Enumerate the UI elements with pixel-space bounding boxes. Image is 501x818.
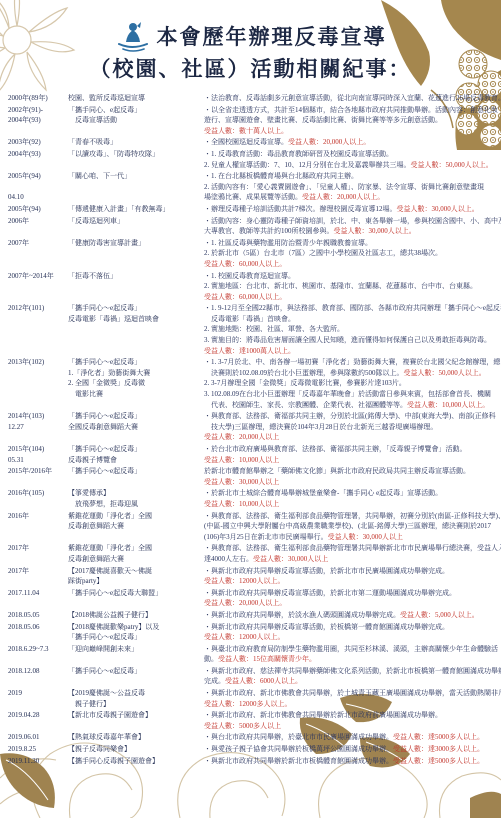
record-description: ・與臺北市政府教育局防制學生藥物濫用圈，共同至杉林溪、溪頭，主辦高關懷少年生命體… [204, 644, 501, 665]
record-date: 2002年(91)-2004年(93) [0, 105, 68, 126]
record-description-line: ・於台北市政府廣場與教育部、法務部、衛福部共同主辦，「反毒親子博覽會」活動。 [204, 444, 497, 455]
record-description-line: 受益人數：數十萬人以上。 [204, 126, 498, 137]
record-description: ・活動內容：身心靈防毒種子師資培訓，於北、中、東各舉辦一場，參與校園含國中、小、… [204, 216, 501, 237]
record-description-line: 3. 102.08.09在台北小巨蛋辦理「反毒嘉年華晚會」於活動當日參與來賓，包… [204, 389, 500, 400]
record-title-line: 反毒電影「毒禍」巡迴首映會 [68, 314, 204, 325]
beneficiary-count-text: 受益人數：10,000人以上 [204, 500, 279, 508]
record-title-line: 「攜手同心～e起反毒」 [68, 466, 204, 477]
record-date: 2019.06.01 [0, 732, 68, 743]
beneficiary-count-text: 受益人數：15位高關懷青少年。 [218, 655, 316, 663]
record-date: 2007年~2014年 [0, 271, 68, 282]
record-title-line: 「迎向巔峰開創未來」 [68, 644, 204, 655]
record-date-line: 2012年(101) [8, 303, 68, 314]
record-row: 2005年(94) 04.10「關心咱、下一代」・1. 在台北縣板橋體育場與台北… [0, 171, 501, 203]
record-title-line: 踩街party】 [68, 576, 204, 587]
record-row: 2003年(92)「青春不吸毒」・全國校園巡迴反毒宣導。受益人數：20,000人… [0, 137, 501, 148]
description-text: 3. 102.08.09在台北小巨蛋辦理「反毒嘉年華晚會」於活動當日參與來賓，包… [204, 390, 491, 398]
record-row: 2019.04.28【新北市反毒親子園遊會】・與新北市政府、新北市佛教會共同舉辦… [0, 710, 501, 731]
description-text: ・與新北市政府、慈法禪寺共同舉辦藥師佛文化系列活動，於新北市板橋第一體育館圓滿成… [204, 667, 501, 675]
record-description-line: ・1. 校園反毒教育巡迴宣導。 [204, 271, 497, 282]
beneficiary-count-text: 受益人數：12000人以上。 [204, 633, 285, 641]
record-row: 2015年(104)05.31「攜手同心～e起反毒」反毒親子博覽會・於台北市政府… [0, 444, 501, 465]
record-date-line: 2019.04.28 [8, 710, 68, 721]
record-date: 2018.05.05 [0, 610, 68, 621]
record-title: 【2018慶佛誕歡樂patry】以及「攜手同心～e起反毒」 [68, 622, 204, 643]
record-description-line: ・1. 3-7月於北、中、南各辦一場初賽「淨化者」勁藝街舞大賽，複賽於台北國父紀… [204, 357, 500, 368]
record-description-line: 完成。受益人數：6000人以上。 [204, 676, 501, 687]
record-title-line: 【攜手同心反毒親子園遊會】 [68, 756, 204, 767]
beneficiary-count-text: 受益人數：達3000多人以上。 [393, 745, 484, 753]
record-title-line: 「攜手同心～e起反毒」 [68, 357, 204, 368]
record-description-line: 受益人數：60,000人以上。 [204, 259, 497, 270]
description-text: ・與教育部、法務部、衛生福利部食品藥物管理署，共同舉辦，初賽分別於(南區-正修科… [204, 512, 501, 520]
record-description-line: ・活動內容：身心靈防毒種子師資培訓，於北、中、東各舉辦一場，參與校園含國中、小、… [204, 216, 501, 227]
record-description-line: ・與臺北市政府教育局防制學生藥物濫用圈，共同至杉林溪、溪頭，主辦高關懷少年生命體… [204, 644, 498, 655]
record-description-line: 2. 兒童人權宣導活動：7、10、12月分別在台北及嘉義舉辦共三場。受益人數：5… [204, 160, 497, 171]
record-date-line: 2015年(104) [8, 444, 68, 455]
record-date-line: 2016年(105) [8, 488, 68, 499]
record-date-line: 2018.05.06 [8, 622, 68, 633]
record-date: 2019 [0, 688, 68, 699]
record-description-line: ・與新北市政府、新北市佛教會共同舉辦，於土城青玉藏王廣場圓滿成功舉辦，當天活動熱… [204, 688, 501, 699]
record-description-line: ・於新北市土城綜合體育場舉辦城堡童樂會-「攜手同心 e起反毒」宣導活動。 [204, 488, 497, 499]
description-text: 於新北市體育館舉辦之「藥師佛文化節」與新北市政府民政局共同主辦反毒宣導活動。 [204, 467, 470, 475]
record-description-line: ・與新北市政府共同舉辦，於淡水漁人碼頭圓滿成功舉辦完成。受益人數：5,000人以… [204, 610, 497, 621]
beneficiary-count-text: 受益人數：20,000人以上。 [302, 193, 384, 201]
record-date-line: 2007年 [8, 238, 68, 249]
record-title-line: 1.「淨化者」勁藝街舞大賽 [68, 368, 204, 379]
record-date-line: 2019.8.25 [8, 744, 68, 755]
record-title-line: 【箏愛傳承】 [68, 488, 204, 499]
beneficiary-count-text: 受益人數：數十萬人以上。 [204, 127, 288, 135]
record-description-line: ・以全省走透透方式，共計至14個縣市，結合各地縣市政府共同推動舉辦。活動內容：創… [204, 105, 498, 116]
record-date-line: 2004年(93) [8, 115, 68, 126]
record-title-line: 「攜手同心～e起反毒」 [68, 632, 204, 643]
record-date: 2007年 [0, 238, 68, 249]
record-description: ・與新北市政府、新北市佛教會共同舉辦，於土城青玉藏王廣場圓滿成功舉辦，當天活動熱… [204, 688, 501, 709]
record-date: 2016年 [0, 511, 68, 522]
description-text: 2. 活動內容有：「愛心義賣園遊會」、「兒童人權」、防家暴、法令宣導、街舞比賽創… [204, 183, 484, 191]
description-text: ・與新北市政府、新北市佛教會共同舉辦於新北市政府前廣場圓滿成功舉辦。 [204, 711, 442, 719]
record-date: 2019.11.30 [0, 756, 68, 767]
record-date-line: 2017年 [8, 543, 68, 554]
meditating-figure-logo-icon [115, 20, 149, 54]
record-date: 2005年(94) 04.10 [0, 171, 68, 203]
record-description-line: 受益人數：20,000人以上 [204, 432, 497, 443]
record-date-line: 05.31 [8, 455, 68, 466]
description-text: ・法治教育、反毒話劇多元創意宣導活動，從北向南宣導同時深入宜蘭、花蓮進行26場反… [204, 94, 501, 102]
record-date: 2005年(94) [0, 204, 68, 215]
record-description: ・1. 社區反毒與藥物濫用防治暨青少年親職教養宣導。2. 於新北市（5區）台北市… [204, 238, 501, 270]
record-title-line: 「攜手同心、e起反毒」 [68, 105, 204, 116]
record-title-line: 電影比賽 [68, 389, 204, 400]
beneficiary-count-text: 受益人數：30,000人以上 [328, 533, 403, 541]
record-title: 「攜手同心～e起反毒」反毒親子博覽會 [68, 444, 204, 465]
record-title-line: 【2018佛誕公益親子健行】 [68, 610, 204, 621]
record-date-line: 2019 [8, 688, 68, 699]
beneficiary-count-text: 受益人數：30,000人以上 [204, 478, 279, 486]
description-text: ・辦理反毒種子培訓活動共計7梯次。辦理校園反毒宣導12場。 [204, 205, 397, 213]
record-description: ・與教育部、法務部、衛生福利部食品藥物管理署共同舉辦新北市市民廣場舉行總決賽，受… [204, 543, 501, 564]
record-date: 2017.11.04 [0, 588, 68, 599]
description-text: 場塗鴉比賽、成果展覽等活動。 [204, 193, 302, 201]
record-row: 2014年(103)12.27「攜手同心～e起反毒」全國反毒創意舞蹈大賽・與教育… [0, 411, 501, 443]
beneficiary-count-text: 受益人數：達1000萬人以上。 [204, 347, 295, 355]
record-title-line: 【親子反毒同樂會】 [68, 744, 204, 755]
description-text: 決賽則於102.08.09於台北小巨蛋辦理，參與隊數約500隊以上。 [204, 369, 404, 377]
description-text: ・與台北市政府共同舉辦，於臺北市市民廣場圓滿成功舉辦。 [204, 733, 393, 741]
record-description-line: ・與教育部、法務部、衛福部共同主辦，分別於北區(銘傳大學)、中部(東海大學)、南… [204, 411, 497, 422]
record-title: 「攜手同心～e起反毒」 [68, 666, 204, 677]
beneficiary-count-text: 受益人數：5,000人以上。 [400, 611, 479, 619]
record-description-line: 受益人數：12000人以上。 [204, 576, 497, 587]
page-title-line1: 本會歷年辦理反毒宣導 [157, 22, 387, 53]
description-text: ・與新北市政府共同舉辦於新北市板橋體育館圓滿成功舉辦。 [204, 757, 393, 765]
description-text: ・與新北市政府共同舉辦反毒宣導活動，於新北市第二運動場圓滿成功舉辦完成。 [204, 589, 456, 597]
record-date: 2012年(101) [0, 303, 68, 314]
record-date-line: 04.10 [8, 192, 68, 203]
record-description: ・與新北市政府共同舉辦反毒宣導活動，於新北市第二運動場圓滿成功舉辦完成。受益人數… [204, 588, 501, 609]
record-description: ・與新北市政府、新北市佛教會共同舉辦於新北市政府前廣場圓滿成功舉辦。受益人數：5… [204, 710, 501, 731]
description-text: ・於新北市土城綜合體育場舉辦城堡童樂會-「攜手同心 e起反毒」宣導活動。 [204, 489, 442, 497]
record-row: 2002年(91)-2004年(93)「攜手同心、e起反毒」 反毒宣導活動・以全… [0, 105, 501, 137]
records-table: 2000年(89年)校園、監所反毒巡迴宣導・法治教育、反毒話劇多元創意宣導活動，… [0, 93, 501, 766]
record-description-line: 反毒電影「毒禍」首映會。 [204, 314, 501, 325]
description-text: ・1. 9-12月至全國22縣市，與法務部、教育部、國防部、各縣市政府共同辦理「… [204, 304, 501, 312]
record-description-line: 受益人數：10,000人以上 [204, 455, 497, 466]
record-row: 2018.05.05【2018佛誕公益親子健行】・與新北市政府共同舉辦，於淡水漁… [0, 610, 501, 621]
record-description-line: ・與新北市政府共同舉辦反毒宣導活動，於新北市市民廣場圓滿成功舉辦完成。 [204, 566, 497, 577]
beneficiary-count-text: 受益人數：30,000人以上。 [397, 205, 479, 213]
record-description: ・與新北市政府、慈法禪寺共同舉辦藥師佛文化系列活動，於新北市板橋第一體育館圓滿成… [204, 666, 501, 687]
record-date: 2019.8.25 [0, 744, 68, 755]
record-title: 【親子反毒同樂會】 [68, 744, 204, 755]
record-title-line: 【新北市反毒親子園遊會】 [68, 710, 204, 721]
description-text: 2. 實施地點：校園、社區、軍營、各大監所。 [204, 325, 344, 333]
record-date-line: 12.27 [8, 422, 68, 433]
record-date: 2017年 [0, 566, 68, 577]
record-description-line: 大專教官、教師等共計約100所校園參與。受益人數：30,000人以上。 [204, 226, 501, 237]
description-text: ・1. 校園反毒教育巡迴宣導。 [204, 272, 295, 280]
description-text: ・與教育部、法務部、衛生福利部食品藥物管理署共同舉辦新北市市民廣場舉行總決賽，受… [204, 544, 501, 552]
record-date: 2015年/2016年 [0, 466, 68, 477]
record-title-line: 紫錐花運動「淨化者」全國 [68, 511, 204, 522]
description-text: (106)年3月25日在新北市市民廣場舉行。 [204, 533, 328, 541]
description-text: 2. 於新北市（5區）台北市（7區）之國中小學校園及社區志工，總共38場次。 [204, 249, 442, 257]
record-title: 「關心咱、下一代」 [68, 171, 204, 182]
record-description-line: ・1. 9-12月至全國22縣市，與法務部、教育部、國防部、各縣市政府共同辦理「… [204, 303, 501, 314]
beneficiary-count-text: 受益人數：60,000人以上。 [204, 293, 286, 301]
record-description: ・與新北市政府共同舉辦，於淡水漁人碼頭圓滿成功舉辦完成。受益人數：5,000人以… [204, 610, 501, 621]
record-description-line: ・與愛孩子親子協會共同舉辦於板橋萬坪公園圓滿成功舉辦。受益人數：達3000多人以… [204, 744, 497, 755]
beneficiary-count-text: 受益人數：6000人以上。 [225, 677, 302, 685]
record-title-line: 【2018慶佛誕歡樂patry】以及 [68, 622, 204, 633]
record-description: ・辦理反毒種子培訓活動共計7梯次。辦理校園反毒宣導12場。受益人數：30,000… [204, 204, 501, 215]
record-date: 2013年(102) [0, 357, 68, 368]
description-text: 完成。 [204, 677, 225, 685]
record-date-line: 2005年(94) [8, 171, 68, 182]
record-description-line: 2. 實施地點：校園、社區、軍營、各大監所。 [204, 324, 501, 335]
record-description: ・與教育部、法務部、衛生福利部食品藥物管理署，共同舉辦，初賽分別於(南區-正修科… [204, 511, 501, 543]
description-text: 大專教官、教師等共計約100所校園參與。 [204, 227, 334, 235]
record-title: 紫錐花運動「淨化者」全國反毒創意舞蹈大賽 [68, 511, 204, 532]
record-row: 2017.11.04「攜手同心～e起反毒大聯盟」・與新北市政府共同舉辦反毒宣導活… [0, 588, 501, 609]
record-title-line: 「攜手同心～e起反毒」 [68, 303, 204, 314]
record-date-line: 2019.06.01 [8, 732, 68, 743]
record-title: 紫錐花運動「淨化者」全國反毒創意舞蹈大賽 [68, 543, 204, 564]
record-row: 2005年(94)「傳遞健康入計畫」「有教無毒」・辦理反毒種子培訓活動共計7梯次… [0, 204, 501, 215]
record-date: 2018.12.08 [0, 666, 68, 677]
record-title-line: 全國反毒創意舞蹈大賽 [68, 422, 204, 433]
record-date: 2006年 [0, 216, 68, 227]
description-text: 動。 [204, 655, 218, 663]
record-row: 2017年紫錐花運動「淨化者」全國反毒創意舞蹈大賽・與教育部、法務部、衛生福利部… [0, 543, 501, 564]
record-title-line: 「健康防毒害宣導計畫」 [68, 238, 204, 249]
record-date-line [8, 182, 68, 193]
beneficiary-count-text: 受益人數：20,000人以上。 [288, 138, 370, 146]
description-text: ・以全省走透透方式，共計至14個縣市，結合各地縣市政府共同推動舉辦。活動內容：創… [204, 106, 498, 114]
record-description: ・1. 3-7月於北、中、南各辦一場初賽「淨化者」勁藝街舞大賽，複賽於台北國父紀… [204, 357, 501, 410]
description-text: ・與新北市政府共同舉辦，於淡水漁人碼頭圓滿成功舉辦完成。 [204, 611, 400, 619]
record-description-line: 代表、校園師生、家長、宗教團體、企業代表、社福團體等等。受益人數：10,000人… [204, 400, 500, 411]
beneficiary-count-text: 受益人數：50,000人以上。 [411, 161, 493, 169]
record-title: 【2017慶佛誕喜歡天～佛誕踩街party】 [68, 566, 204, 587]
record-title: 「攜手同心～e起反毒」1.「淨化者」勁藝街舞大賽2. 全國「金微獎」反毒微 電影… [68, 357, 204, 399]
record-title: 「迎向巔峰開創未來」 [68, 644, 204, 655]
page-header: 本會歷年辦理反毒宣導 （校園、社區）活動相關紀事： [0, 0, 501, 85]
record-description: ・1. 反毒教育活動：毒品教育教師研習及校園反毒宣導活動。2. 兒童人權宣導活動… [204, 149, 501, 170]
record-description-line: ・與新北市政府、新北市佛教會共同舉辦於新北市政府前廣場圓滿成功舉辦。 [204, 710, 497, 721]
record-row: 2017年【2017慶佛誕喜歡天～佛誕踩街party】・與新北市政府共同舉辦反毒… [0, 566, 501, 587]
beneficiary-count-text: 受益人數：達5000多人以上。 [393, 733, 484, 741]
beneficiary-count-text: 受益人數：20,000人以上 [204, 433, 279, 441]
record-title-line: 反毒親子博覽會 [68, 455, 204, 466]
record-title: 校園、監所反毒巡迴宣導 [68, 93, 204, 104]
record-description-line: ・與教育部、法務部、衛生福利部食品藥物管理署共同舉辦新北市市民廣場舉行總決賽，受… [204, 543, 501, 554]
description-text: ・1. 社區反毒與藥物濫用防治暨青少年親職教養宣導。 [204, 239, 372, 247]
beneficiary-count-text: 受益人數：12000多人以上。 [204, 700, 292, 708]
description-text: ・1. 反毒教育活動：毒品教育教師研習及校園反毒宣導活動。 [204, 150, 393, 158]
record-description-line: ・1. 反毒教育活動：毒品教育教師研習及校園反毒宣導活動。 [204, 149, 497, 160]
description-text: ・1. 3-7月於北、中、南各辦一場初賽「淨化者」勁藝街舞大賽，複賽於台北國父紀… [204, 358, 500, 366]
record-row: 2016年(105)【箏愛傳承】 放飛夢想，拒毒迎風・於新北市土城綜合體育場舉辦… [0, 488, 501, 509]
description-text: ・與新北市政府共同舉辦反毒宣導活動，於板橋第一體育館圓滿成功舉辦完成。 [204, 623, 449, 631]
record-date-line: 2004年(93) [8, 149, 68, 160]
record-description: ・於新北市土城綜合體育場舉辦城堡童樂會-「攜手同心 e起反毒」宣導活動。受益人數… [204, 488, 501, 509]
description-text: ・與教育部、法務部、衛福部共同主辦，分別於北區(銘傳大學)、中部(東海大學)、南… [204, 412, 496, 420]
record-title-line: 紫錐花運動「淨化者」全國 [68, 543, 204, 554]
page-title-line2: （校園、社區）活動相關紀事： [0, 54, 501, 85]
record-date: 2018.6.29~7.3 [0, 644, 68, 655]
description-text: ・於台北市政府廣場與教育部、法務部、衛福部共同主辦，「反毒親子博覽會」活動。 [204, 445, 467, 453]
record-row: 2019【2019慶佛誕～公益反毒 親子健行】・與新北市政府、新北市佛教會共同舉… [0, 688, 501, 709]
record-row: 2018.6.29~7.3「迎向巔峰開創未來」・與臺北市政府教育局防制學生藥物濫… [0, 644, 501, 665]
record-title-line: 「以讀攻毒」、「防毒特攻隊」 [68, 149, 204, 160]
description-text: ・1. 在台北縣板橋體育場與台北縣政府共同主辦。 [204, 172, 358, 180]
record-description-line: 遊行、宣導園遊會、壁畫比賽、反毒話劇比賽、街舞比賽等等多元創意活動。 [204, 115, 498, 126]
record-row: 2019.8.25【親子反毒同樂會】・與愛孩子親子協會共同舉辦於板橋萬坪公園圓滿… [0, 744, 501, 755]
record-description-line: ・1. 在台北縣板橋體育場與台北縣政府共同主辦。 [204, 171, 497, 182]
record-description: ・1. 校園反毒教育巡迴宣導。2. 實施地區：台北市、新北市、桃園市、基隆市、宜… [204, 271, 501, 303]
record-description: ・與新北市政府共同舉辦於新北市板橋體育館圓滿成功舉辦。受益人數：達5000多人以… [204, 756, 501, 767]
record-date: 2018.05.06 [0, 622, 68, 633]
description-text: 反毒電影「毒禍」首映會。 [204, 315, 295, 323]
record-title-line: 反毒創意舞蹈大賽 [68, 554, 204, 565]
record-description-line: (106)年3月25日在新北市市民廣場舉行。受益人數：30,000人以上 [204, 532, 501, 543]
description-text: 2. 3-7月辦理全國「金微獎」反毒微電影比賽，參賽影片達103片。 [204, 379, 406, 387]
record-description-line: 2. 活動內容有：「愛心義賣園遊會」、「兒童人權」、防家暴、法令宣導、街舞比賽創… [204, 182, 497, 193]
record-date-line: 2006年 [8, 216, 68, 227]
record-title: 「攜手同心～e起反毒」 [68, 466, 204, 477]
record-title: 【2019慶佛誕～公益反毒 親子健行】 [68, 688, 204, 709]
description-text: 達4000人左右。 [204, 555, 253, 563]
beneficiary-count-text: 受益人數：5000多人以上 [204, 722, 281, 730]
description-text: ・全國校園巡迴反毒宣導。 [204, 138, 288, 146]
record-description-line: 2. 實施地區：台北市、新北市、桃園市、基隆市、宜蘭縣、花蓮縣市、台中市、台東縣… [204, 281, 497, 292]
record-description-line: (中區-國立中興大學附屬台中高級農業職業學校)、(北區-銘傳大學)三區辦理，總決… [204, 521, 501, 532]
record-title-line: 反毒宣導活動 [68, 115, 204, 126]
record-date-line: 2019.11.30 [8, 756, 68, 767]
record-description-line: 動。受益人數：15位高關懷青少年。 [204, 654, 498, 665]
record-description-line: 受益人數：60,000人以上。 [204, 292, 497, 303]
record-row: 2013年(102)「攜手同心～e起反毒」1.「淨化者」勁藝街舞大賽2. 全國「… [0, 357, 501, 410]
beneficiary-count-text: 受益人數：30,000人以上。 [334, 227, 416, 235]
record-description: 於新北市體育館舉辦之「藥師佛文化節」與新北市政府民政局共同主辦反毒宣導活動。受益… [204, 466, 501, 487]
record-title: 「攜手同心～e起反毒」全國反毒創意舞蹈大賽 [68, 411, 204, 432]
beneficiary-count-text: 受益人數：30,000人以上 [253, 555, 328, 563]
record-title-line: 【2017慶佛誕喜歡天～佛誕 [68, 566, 204, 577]
record-date-line: 2013年(102) [8, 357, 68, 368]
record-description-line: ・1. 社區反毒與藥物濫用防治暨青少年親職教養宣導。 [204, 238, 497, 249]
record-description: ・1. 9-12月至全國22縣市，與法務部、教育部、國防部、各縣市政府共同辦理「… [204, 303, 501, 356]
record-description-line: ・與教育部、法務部、衛生福利部食品藥物管理署，共同舉辦，初賽分別於(南區-正修科… [204, 511, 501, 522]
record-description-line: ・與台北市政府共同舉辦，於臺北市市民廣場圓滿成功舉辦。受益人數：達5000多人以… [204, 732, 497, 743]
description-text: ・與臺北市政府教育局防制學生藥物濫用圈，共同至杉林溪、溪頭，主辦高關懷少年生命體… [204, 645, 498, 653]
record-date-line: 2005年(94) [8, 204, 68, 215]
record-title: 【新北市反毒親子園遊會】 [68, 710, 204, 721]
record-description: ・法治教育、反毒話劇多元創意宣導活動，從北向南宣導同時深入宜蘭、花蓮進行26場反… [204, 93, 501, 104]
description-text: 2. 實施地區：台北市、新北市、桃園市、基隆市、宜蘭縣、花蓮縣市、台中市、台東縣… [204, 282, 477, 290]
record-description-line: ・與新北市政府共同舉辦於新北市板橋體育館圓滿成功舉辦。受益人數：達5000多人以… [204, 756, 497, 767]
record-date: 2000年(89年) [0, 93, 68, 104]
record-title: 「青春不吸毒」 [68, 137, 204, 148]
record-description: ・於台北市政府廣場與教育部、法務部、衛福部共同主辦，「反毒親子博覽會」活動。受益… [204, 444, 501, 465]
record-date: 2019.04.28 [0, 710, 68, 721]
record-description-line: 受益人數：12000人以上。 [204, 632, 497, 643]
record-date-line: 2018.6.29~7.3 [8, 644, 68, 655]
record-description-line: 決賽則於102.08.09於台北小巨蛋辦理，參與隊數約500隊以上。受益人數：5… [204, 368, 500, 379]
record-title: 【2018佛誕公益親子健行】 [68, 610, 204, 621]
record-date: 2015年(104)05.31 [0, 444, 68, 465]
record-description-line: ・辦理反毒種子培訓活動共計7梯次。辦理校園反毒宣導12場。受益人數：30,000… [204, 204, 497, 215]
record-title-line: 親子健行】 [68, 699, 204, 710]
beneficiary-count-text: 受益人數：12000人以上。 [204, 577, 285, 585]
record-date-line: 2016年 [8, 511, 68, 522]
record-title-line: 「傳遞健康入計畫」「有教無毒」 [68, 204, 204, 215]
record-description-line: ・與新北市政府、慈法禪寺共同舉辦藥師佛文化系列活動，於新北市板橋第一體育館圓滿成… [204, 666, 501, 677]
record-date-line: 2017.11.04 [8, 588, 68, 599]
record-row: 2019.11.30【攜手同心反毒親子園遊會】・與新北市政府共同舉辦於新北市板橋… [0, 756, 501, 767]
record-description-line: 受益人數：達1000萬人以上。 [204, 346, 501, 357]
record-title-line: 反毒創意舞蹈大賽 [68, 521, 204, 532]
record-description: ・以全省走透透方式，共計至14個縣市，結合各地縣市政府共同推動舉辦。活動內容：創… [204, 105, 501, 137]
record-description-line: 達4000人左右。受益人數：30,000人以上 [204, 554, 501, 565]
record-title: 【熱氣球反毒嘉年華會】 [68, 732, 204, 743]
record-title: 【箏愛傳承】 放飛夢想，拒毒迎風 [68, 488, 204, 509]
record-row: 2016年紫錐花運動「淨化者」全國反毒創意舞蹈大賽・與教育部、法務部、衛生福利部… [0, 511, 501, 543]
record-row: 2000年(89年)校園、監所反毒巡迴宣導・法治教育、反毒話劇多元創意宣導活動，… [0, 93, 501, 104]
record-date-line: 2018.12.08 [8, 666, 68, 677]
record-row: 2018.05.06【2018慶佛誕歡樂patry】以及「攜手同心～e起反毒」・… [0, 622, 501, 643]
record-description-line: 3. 實施目的：將毒品危害層面讓全國人民知曉，進而懂得如何保護自己以及勇敢拒毒與… [204, 335, 501, 346]
record-title: 「反毒巡迴列車」 [68, 216, 204, 227]
record-description-line: 2. 於新北市（5區）台北市（7區）之國中小學校園及社區志工，總共38場次。 [204, 248, 497, 259]
record-description: ・與新北市政府共同舉辦反毒宣導活動，於新北市市民廣場圓滿成功舉辦完成。受益人數：… [204, 566, 501, 587]
record-description-line: 受益人數：30,000人以上 [204, 477, 497, 488]
record-date-line: 2002年(91)- [8, 105, 68, 116]
record-description-line: ・法治教育、反毒話劇多元創意宣導活動，從北向南宣導同時深入宜蘭、花蓮進行26場反… [204, 93, 501, 104]
record-row: 2007年「健康防毒害宣導計畫」・1. 社區反毒與藥物濫用防治暨青少年親職教養宣… [0, 238, 501, 270]
description-text: ・與愛孩子親子協會共同舉辦於板橋萬坪公園圓滿成功舉辦。 [204, 745, 393, 753]
description-text: ・與新北市政府共同舉辦反毒宣導活動，於新北市市民廣場圓滿成功舉辦完成。 [204, 567, 449, 575]
record-description-line: 於新北市體育館舉辦之「藥師佛文化節」與新北市政府民政局共同主辦反毒宣導活動。 [204, 466, 497, 477]
beneficiary-count-text: 受益人數：50,000人以上。 [404, 369, 486, 377]
record-date-line: 2015年/2016年 [8, 466, 68, 477]
beneficiary-count-text: 受益人數：20,000人以上。 [204, 599, 286, 607]
record-date: 2004年(93) [0, 149, 68, 160]
record-description-line: 受益人數：5000多人以上 [204, 721, 497, 732]
record-title-line: 「攜手同心～e起反毒」 [68, 411, 204, 422]
record-row: 2019.06.01【熱氣球反毒嘉年華會】・與台北市政府共同舉辦，於臺北市市民廣… [0, 732, 501, 743]
record-description: ・與新北市政府共同舉辦反毒宣導活動，於板橋第一體育館圓滿成功舉辦完成。受益人數：… [204, 622, 501, 643]
record-date-line: 2014年(103) [8, 411, 68, 422]
record-title-line: 【2019慶佛誕～公益反毒 [68, 688, 204, 699]
record-title-line: 「攜手同心～e起反毒」 [68, 666, 204, 677]
description-text: 技大學)三區辦理，總決賽於104年3月28日於台北新光三越香堤廣場辦理。 [204, 423, 437, 431]
record-title: 「攜手同心～e起反毒大聯盟」 [68, 588, 204, 599]
record-description: ・與教育部、法務部、衛福部共同主辦，分別於北區(銘傳大學)、中部(東海大學)、南… [204, 411, 501, 443]
record-title: 「以讀攻毒」、「防毒特攻隊」 [68, 149, 204, 160]
record-date: 2003年(92) [0, 137, 68, 148]
record-description-line: 受益人數：12000多人以上。 [204, 699, 501, 710]
record-title: 「傳遞健康入計畫」「有教無毒」 [68, 204, 204, 215]
record-date-line: 2003年(92) [8, 137, 68, 148]
record-date: 2014年(103)12.27 [0, 411, 68, 432]
record-title-line: 「青春不吸毒」 [68, 137, 204, 148]
description-text: 遊行、宣導園遊會、壁畫比賽、反毒話劇比賽、街舞比賽等等多元創意活動。 [204, 116, 442, 124]
record-description: ・1. 在台北縣板橋體育場與台北縣政府共同主辦。2. 活動內容有：「愛心義賣園遊… [204, 171, 501, 203]
beneficiary-count-text: 受益人數：10,000人以上。 [407, 401, 489, 409]
record-title-line: 「攜手同心～e起反毒」 [68, 444, 204, 455]
record-date-line: 2000年(89年) [8, 93, 68, 104]
record-row: 2018.12.08「攜手同心～e起反毒」・與新北市政府、慈法禪寺共同舉辦藥師佛… [0, 666, 501, 687]
record-title: 「攜手同心～e起反毒」反毒電影「毒禍」巡迴首映會 [68, 303, 204, 324]
record-description: ・與台北市政府共同舉辦，於臺北市市民廣場圓滿成功舉辦。受益人數：達5000多人以… [204, 732, 501, 743]
record-title-line: 2. 全國「金微獎」反毒微 [68, 378, 204, 389]
record-title-line: 「關心咱、下一代」 [68, 171, 204, 182]
record-date-line: 2007年~2014年 [8, 271, 68, 282]
description-text: 3. 實施目的：將毒品危害層面讓全國人民知曉，進而懂得如何保護自己以及勇敢拒毒與… [204, 336, 491, 344]
record-description-line: ・與新北市政府共同舉辦反毒宣導活動，於新北市第二運動場圓滿成功舉辦完成。 [204, 588, 497, 599]
record-title: 「健康防毒害宣導計畫」 [68, 238, 204, 249]
record-row: 2004年(93)「以讀攻毒」、「防毒特攻隊」・1. 反毒教育活動：毒品教育教師… [0, 149, 501, 170]
record-description: ・全國校園巡迴反毒宣導。受益人數：20,000人以上。 [204, 137, 501, 148]
beneficiary-count-text: 受益人數：60,000人以上。 [204, 260, 286, 268]
record-description-line: ・全國校園巡迴反毒宣導。受益人數：20,000人以上。 [204, 137, 497, 148]
record-description-line: 技大學)三區辦理，總決賽於104年3月28日於台北新光三越香堤廣場辦理。 [204, 422, 497, 433]
record-row: 2015年/2016年「攜手同心～e起反毒」於新北市體育館舉辦之「藥師佛文化節」… [0, 466, 501, 487]
record-title: 【攜手同心反毒親子園遊會】 [68, 756, 204, 767]
